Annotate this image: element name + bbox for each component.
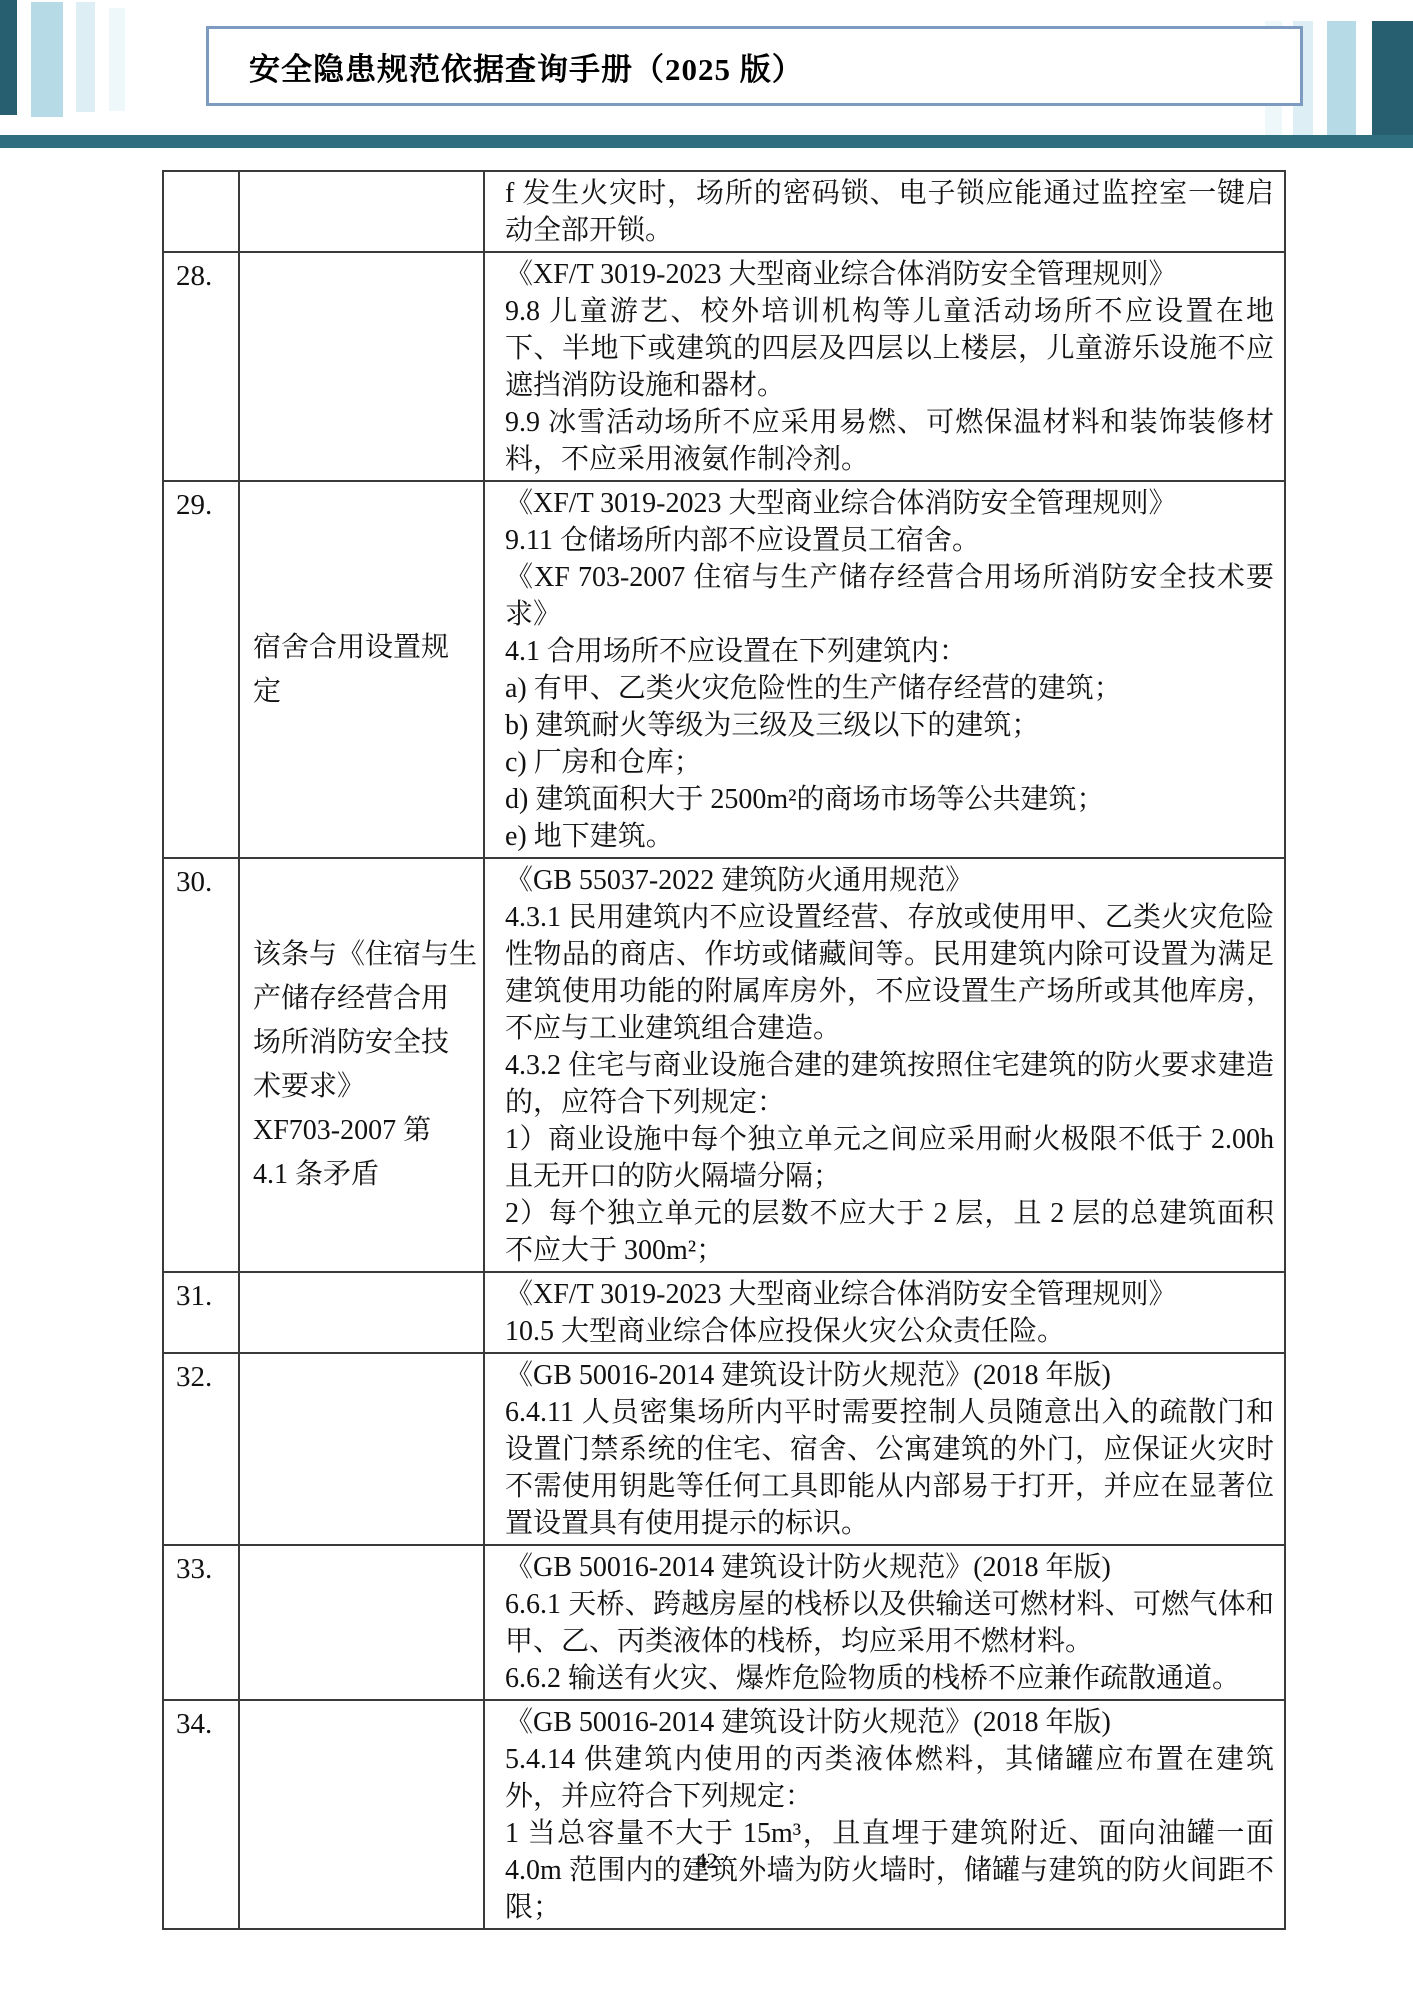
row-number-cell: 30. [164,859,240,1271]
clause-paragraph: 《GB 50016-2014 建筑设计防火规范》(2018 年版) [505,1549,1274,1586]
document-page: 安全隐患规范依据查询手册（2025 版） f 发生火灾时，场所的密码锁、电子锁应… [0,0,1413,2000]
header-rule [0,135,1413,148]
clause-paragraph: 《XF 703-2007 住宿与生产储存经营合用场所消防安全技术要求》 [505,559,1274,633]
row-text-cell: f 发生火灾时，场所的密码锁、电子锁应能通过监控室一键启动全部开锁。 [485,172,1284,251]
clause-paragraph: 1）商业设施中每个独立单元之间应采用耐火极限不低于 2.00h 且无开口的防火隔… [505,1121,1274,1195]
clause-paragraph: 9.9 冰雪活动场所不应采用易燃、可燃保温材料和装饰装修材料，不应采用液氨作制冷… [505,404,1274,478]
row-number-cell: 29. [164,482,240,857]
clause-paragraph: 《GB 55037-2022 建筑防火通用规范》 [505,862,1274,899]
clause-paragraph: 4.3.1 民用建筑内不应设置经营、存放或使用甲、乙类火灾危险性物品的商店、作坊… [505,899,1274,1047]
table-row-29: 29. 宿舍合用设置规 定 《XF/T 3019-2023 大型商业综合体消防安… [164,482,1284,859]
title-box: 安全隐患规范依据查询手册（2025 版） [206,26,1303,106]
table-row-34: 34. 《GB 50016-2014 建筑设计防火规范》(2018 年版) 5.… [164,1701,1284,1928]
row-number-cell: 34. [164,1701,240,1928]
clause-paragraph: 《GB 50016-2014 建筑设计防火规范》(2018 年版) [505,1704,1274,1741]
clause-paragraph: 6.4.11 人员密集场所内平时需要控制人员随意出入的疏散门和设置门禁系统的住宅… [505,1394,1274,1542]
row-category-cell [240,1354,485,1544]
decor-stripe-left-dark [0,0,17,115]
clause-paragraph: 4.1 合用场所不应设置在下列建筑内： [505,633,1274,670]
table-row-33: 33. 《GB 50016-2014 建筑设计防火规范》(2018 年版) 6.… [164,1546,1284,1701]
row-category-cell: 该条与《住宿与生 产储存经营合用 场所消防安全技 术要求》 XF703-2007… [240,859,485,1271]
page-number: 42 [0,1848,1413,1874]
row-text-cell: 《GB 50016-2014 建筑设计防火规范》(2018 年版) 6.6.1 … [485,1546,1284,1699]
row-number-cell: 28. [164,253,240,480]
row-text-cell: 《XF/T 3019-2023 大型商业综合体消防安全管理规则》 9.8 儿童游… [485,253,1284,480]
row-number-cell [164,172,240,251]
row-text-cell: 《XF/T 3019-2023 大型商业综合体消防安全管理规则》 9.11 仓储… [485,482,1284,857]
decor-stripe-left-faint [109,8,125,111]
row-category-cell [240,1273,485,1352]
row-category-cell: 宿舍合用设置规 定 [240,482,485,857]
row-category-cell [240,1701,485,1928]
clause-paragraph: c) 厂房和仓库； [505,744,1274,781]
row-category-cell [240,172,485,251]
decor-stripe-right-dark [1372,21,1413,148]
decor-stripe-left-lighter [76,2,95,112]
clause-paragraph: 4.3.2 住宅与商业设施合建的建筑按照住宅建筑的防火要求建造的，应符合下列规定… [505,1047,1274,1121]
clause-paragraph: 2）每个独立单元的层数不应大于 2 层，且 2 层的总建筑面积不应大于 300m… [505,1195,1274,1269]
clause-paragraph: 《XF/T 3019-2023 大型商业综合体消防安全管理规则》 [505,256,1274,293]
clause-paragraph: 9.11 仓储场所内部不应设置员工宿舍。 [505,522,1274,559]
clause-paragraph: f 发生火灾时，场所的密码锁、电子锁应能通过监控室一键启动全部开锁。 [505,175,1274,249]
clause-paragraph: 5.4.14 供建筑内使用的丙类液体燃料，其储罐应布置在建筑外，并应符合下列规定… [505,1741,1274,1815]
row-category-cell [240,253,485,480]
clause-paragraph: b) 建筑耐火等级为三级及三级以下的建筑； [505,707,1274,744]
clause-paragraph: 6.6.1 天桥、跨越房屋的栈桥以及供输送可燃材料、可燃气体和甲、乙、丙类液体的… [505,1586,1274,1660]
table-row-31: 31. 《XF/T 3019-2023 大型商业综合体消防安全管理规则》 10.… [164,1273,1284,1354]
clause-paragraph: e) 地下建筑。 [505,818,1274,855]
clause-paragraph: 《GB 50016-2014 建筑设计防火规范》(2018 年版) [505,1357,1274,1394]
decor-stripe-left-light [31,2,63,117]
row-number-cell: 33. [164,1546,240,1699]
table-row-continuation: f 发生火灾时，场所的密码锁、电子锁应能通过监控室一键启动全部开锁。 [164,172,1284,253]
decor-stripe-right-light [1327,21,1356,137]
table-row-32: 32. 《GB 50016-2014 建筑设计防火规范》(2018 年版) 6.… [164,1354,1284,1546]
row-number-cell: 32. [164,1354,240,1544]
page-title: 安全隐患规范依据查询手册（2025 版） [249,44,804,89]
row-text-cell: 《XF/T 3019-2023 大型商业综合体消防安全管理规则》 10.5 大型… [485,1273,1284,1352]
table-row-30: 30. 该条与《住宿与生 产储存经营合用 场所消防安全技 术要求》 XF703-… [164,859,1284,1273]
row-category-cell [240,1546,485,1699]
clause-paragraph: d) 建筑面积大于 2500m²的商场市场等公共建筑； [505,781,1274,818]
clause-paragraph: 10.5 大型商业综合体应投保火灾公众责任险。 [505,1313,1274,1350]
row-number-cell: 31. [164,1273,240,1352]
clause-paragraph: 6.6.2 输送有火灾、爆炸危险物质的栈桥不应兼作疏散通道。 [505,1660,1274,1697]
clause-paragraph: 《XF/T 3019-2023 大型商业综合体消防安全管理规则》 [505,1276,1274,1313]
row-text-cell: 《GB 50016-2014 建筑设计防火规范》(2018 年版) 5.4.14… [485,1701,1284,1928]
clause-paragraph: a) 有甲、乙类火灾危险性的生产储存经营的建筑； [505,670,1274,707]
table-row-28: 28. 《XF/T 3019-2023 大型商业综合体消防安全管理规则》 9.8… [164,253,1284,482]
clause-paragraph: 《XF/T 3019-2023 大型商业综合体消防安全管理规则》 [505,485,1274,522]
regulation-table: f 发生火灾时，场所的密码锁、电子锁应能通过监控室一键启动全部开锁。 28. 《… [162,170,1286,1930]
clause-paragraph: 9.8 儿童游艺、校外培训机构等儿童活动场所不应设置在地下、半地下或建筑的四层及… [505,293,1274,404]
row-text-cell: 《GB 50016-2014 建筑设计防火规范》(2018 年版) 6.4.11… [485,1354,1284,1544]
row-text-cell: 《GB 55037-2022 建筑防火通用规范》 4.3.1 民用建筑内不应设置… [485,859,1284,1271]
